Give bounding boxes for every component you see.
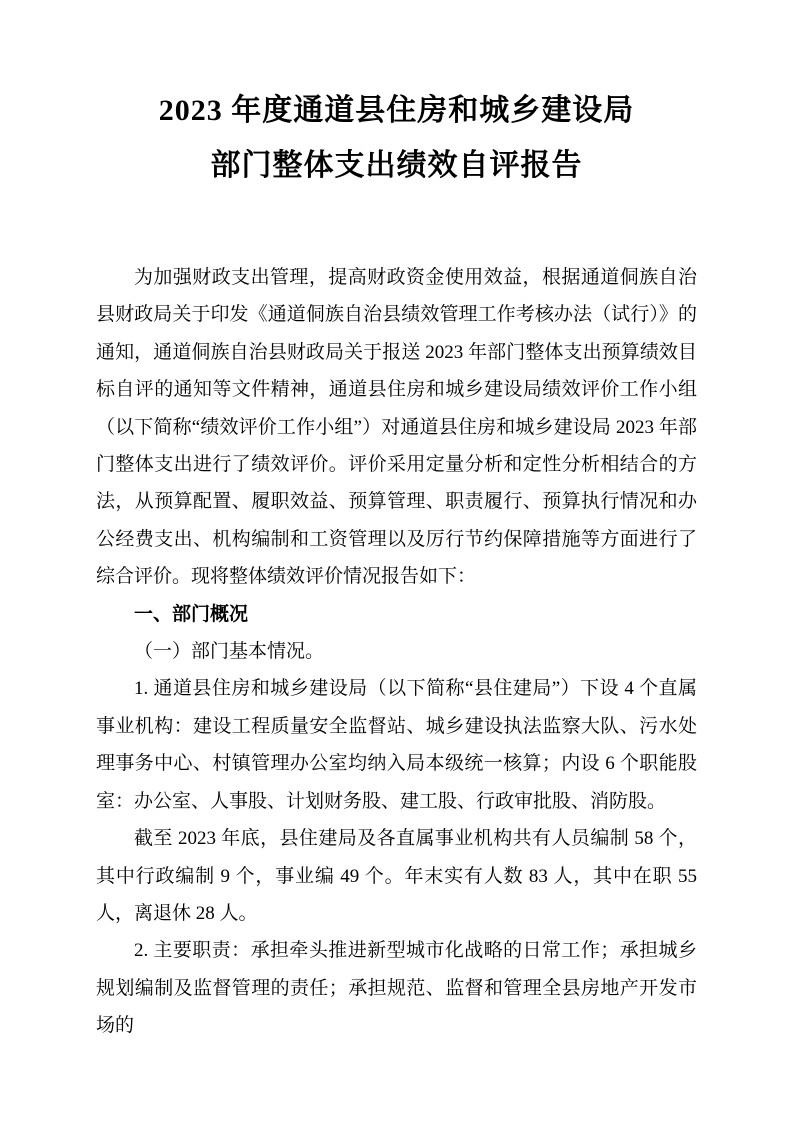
main-duties-paragraph: 2. 主要职责：承担牵头推进新型城市化战略的日常工作；承担城乡规划编制及监督管理… xyxy=(96,932,697,1044)
document-title-line-2: 部门整体支出绩效自评报告 xyxy=(96,138,697,193)
intro-paragraph: 为加强财政支出管理，提高财政资金使用效益，根据通道侗族自治县财政局关于印发《通道… xyxy=(96,259,697,596)
org-structure-paragraph: 1. 通道县住房和城乡建设局（以下简称“县住建局”）下设 4 个直属事业机构：建… xyxy=(96,670,697,820)
subsection-1-heading: （一）部门基本情况。 xyxy=(96,633,697,670)
document-title-line-1: 2023 年度通道县住房和城乡建设局 xyxy=(96,83,697,138)
document-page: 2023 年度通道县住房和城乡建设局 部门整体支出绩效自评报告 为加强财政支出管… xyxy=(0,0,793,1122)
document-body: 为加强财政支出管理，提高财政资金使用效益，根据通道侗族自治县财政局关于印发《通道… xyxy=(96,259,697,1045)
staffing-paragraph: 截至 2023 年底，县住建局及各直属事业机构共有人员编制 58 个，其中行政编… xyxy=(96,820,697,932)
document-title: 2023 年度通道县住房和城乡建设局 部门整体支出绩效自评报告 xyxy=(96,83,697,193)
section-1-heading: 一、部门概况 xyxy=(96,596,697,633)
